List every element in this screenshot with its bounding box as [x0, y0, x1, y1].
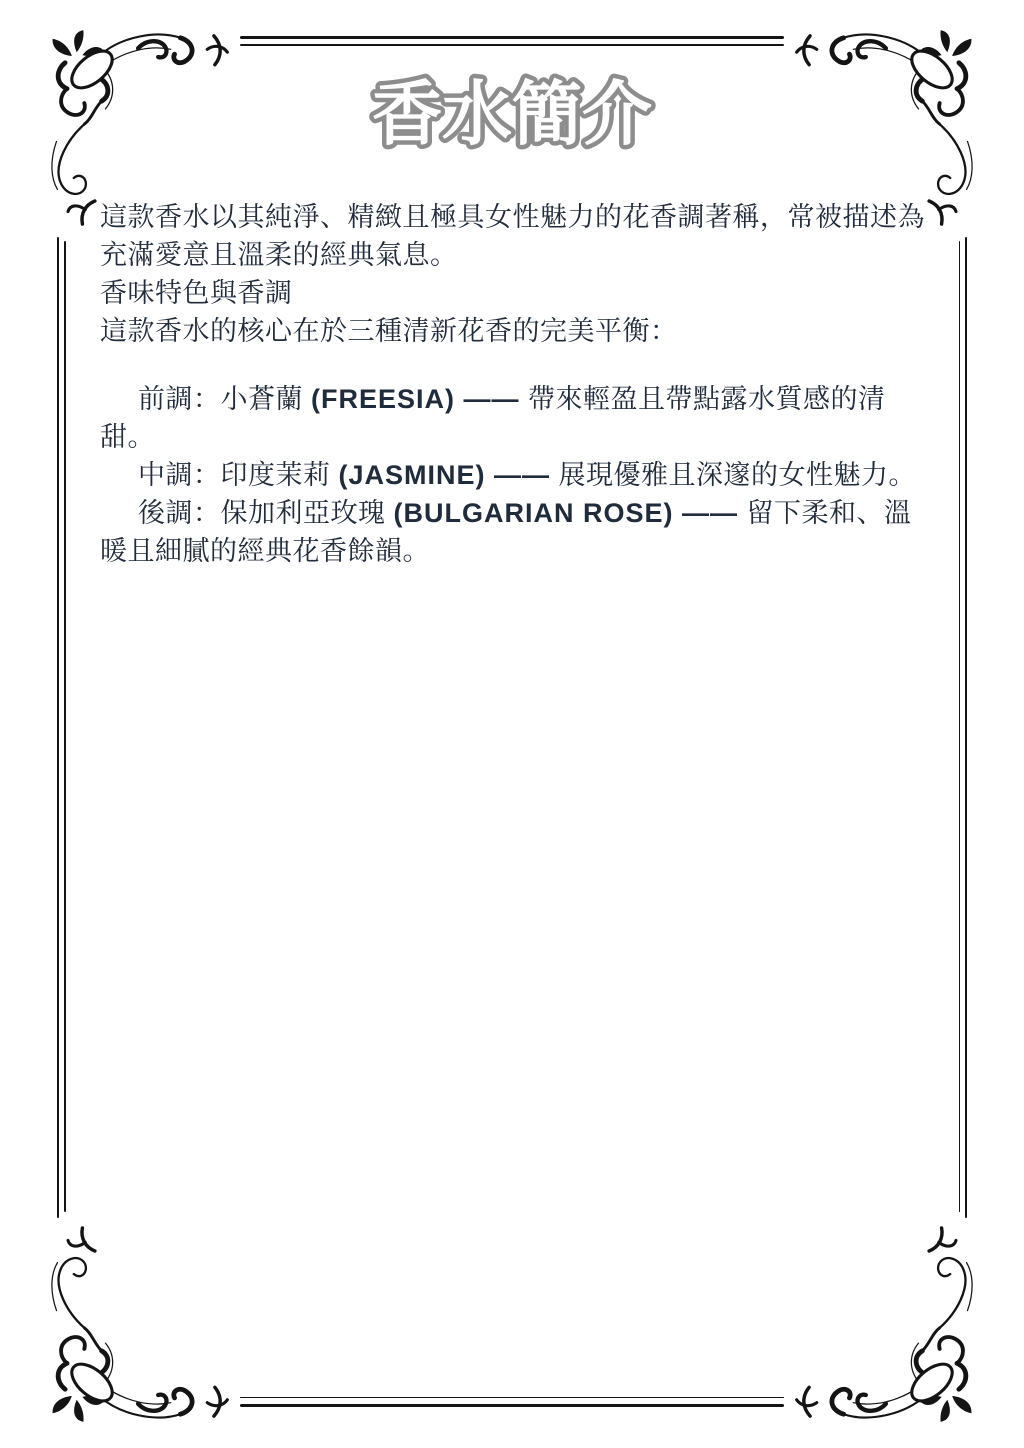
- right-border-line-inner: [959, 241, 961, 1212]
- top-border-line-outer: [240, 36, 784, 39]
- note-base-label: 後調：保加利亞玫瑰: [138, 498, 394, 528]
- note-base-accent: (BULGARIAN ROSE) ——: [394, 498, 747, 528]
- note-middle: 中調：印度茉莉 (JASMINE) —— 展現優雅且深邃的女性魅力。: [100, 456, 932, 494]
- note-top-label: 前調：小蒼蘭: [138, 384, 311, 414]
- right-border-line-outer: [965, 237, 967, 1218]
- title-outline-svg: 香水簡介: [212, 44, 812, 164]
- ornament-corner-bottom-right: [788, 1222, 980, 1424]
- left-border-line-inner: [64, 241, 66, 1212]
- intro-paragraph: 這款香水以其純淨、精緻且極具女性魅力的花香調著稱，常被描述為充滿愛意且溫柔的經典…: [100, 198, 932, 274]
- note-base: 後調：保加利亞玫瑰 (BULGARIAN ROSE) —— 留下柔和、溫暖且細膩…: [100, 494, 932, 570]
- document-body: 這款香水以其純淨、精緻且極具女性魅力的花香調著稱，常被描述為充滿愛意且溫柔的經典…: [100, 198, 932, 570]
- note-middle-label: 中調：印度茉莉: [138, 460, 339, 490]
- title-banner: 香水簡介: [0, 44, 1024, 169]
- page-title: 香水簡介: [372, 75, 652, 153]
- note-middle-desc: 展現優雅且深邃的女性魅力。: [559, 460, 917, 490]
- left-border-line-outer: [57, 237, 59, 1218]
- section-heading: 香味特色與香調: [100, 274, 932, 312]
- notes-lead-line: 這款香水的核心在於三種清新花香的完美平衡：: [100, 312, 932, 350]
- bottom-border-line-inner: [240, 1397, 784, 1399]
- ornament-corner-bottom-left: [44, 1222, 236, 1424]
- fragrance-notes-list: 前調：小蒼蘭 (FREESIA) —— 帶來輕盈且帶點露水質感的清甜。 中調：印…: [100, 380, 932, 570]
- note-top: 前調：小蒼蘭 (FREESIA) —— 帶來輕盈且帶點露水質感的清甜。: [100, 380, 932, 456]
- note-middle-accent: (JASMINE) ——: [339, 460, 559, 490]
- note-top-accent: (FREESIA) ——: [311, 384, 528, 414]
- bottom-border-line-outer: [240, 1404, 784, 1407]
